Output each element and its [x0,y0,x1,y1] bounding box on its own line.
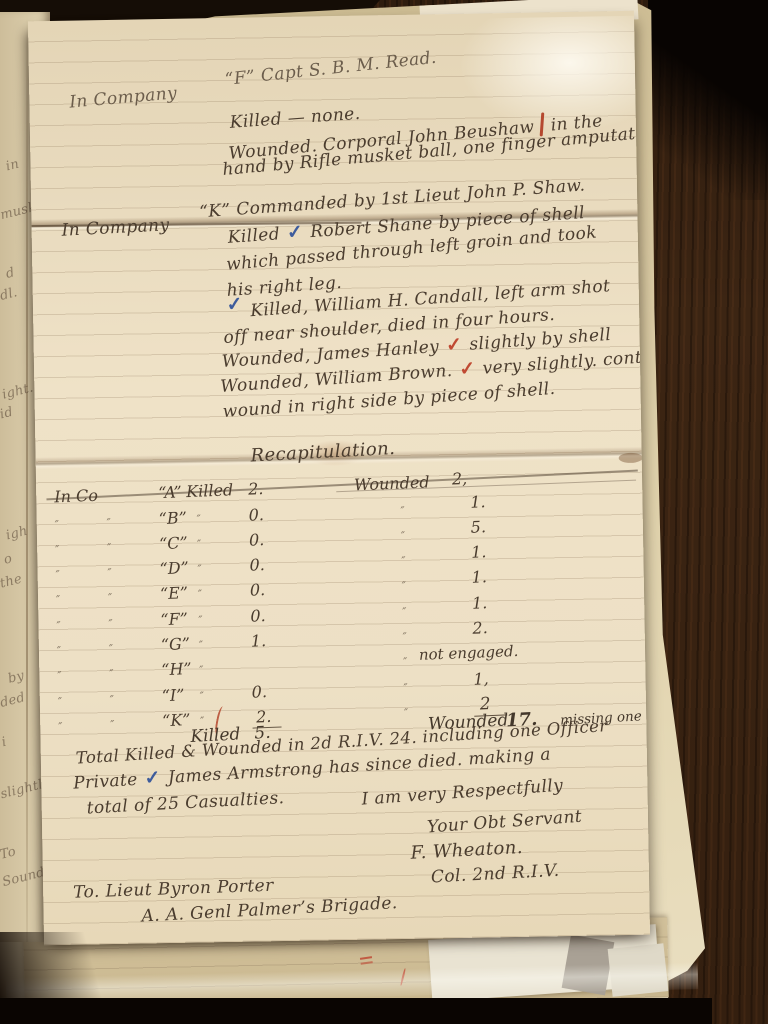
company-letter: “E” [160,583,189,603]
company-letter: “C” [159,533,188,553]
ditto-mark: ″ [401,529,406,542]
killed-value: 2. [248,479,264,499]
killed-label: Killed [186,480,234,501]
ditto-mark: ″ [107,566,112,579]
desk-shadow-top-right [648,0,768,200]
margin-fragment: in [4,157,20,175]
ditto-mark: ″ [110,718,115,731]
blue-check-icon: ✓ [144,768,161,788]
company-letter: “F” [160,609,188,629]
ditto-mark: ″ [401,554,406,567]
ditto-mark: ″ [109,642,114,655]
wounded-note: not engaged. [419,642,519,664]
ditto-mark: ″ [403,655,408,668]
ditto-mark: ″ [56,593,61,606]
ditto-mark: ″ [199,639,204,652]
company-letter: “D” [159,558,189,578]
margin-fragment: the [0,572,24,592]
ditto-mark: ″ [57,644,62,657]
ditto-mark: ″ [200,690,205,703]
handwriting-text: Private [73,770,139,794]
killed-value: 0. [250,606,266,626]
margin-fragment: ded [0,690,27,711]
killed-value: 0. [249,530,265,550]
ditto-mark: ″ [55,568,60,581]
killed-value: 1. [250,631,266,651]
wounded-value: 5. [470,517,486,537]
ditto-mark: ″ [402,605,407,618]
wounded-label: Wounded [354,472,430,494]
wounded-value: 1. [472,593,488,613]
ditto-mark: ″ [402,630,407,643]
company-letter: “H” [161,659,192,679]
killed-value: 0. [250,580,266,600]
ditto-mark: ″ [55,518,60,531]
ditto-mark: ″ [55,543,60,556]
company-letter: “A” [158,482,182,502]
ditto-mark: ″ [196,513,201,526]
blue-check-icon: ✓ [226,295,244,315]
ditto-mark: ″ [58,720,63,733]
margin-fragment: id [0,405,15,423]
fold-crease [26,12,28,942]
margin-fragment: by [6,668,25,686]
company-letter: “I” [161,685,184,705]
wounded-value: 1. [470,492,486,512]
ditto-mark: ″ [110,693,115,706]
margin-fragment: To [0,844,18,862]
margin-fragment: dl. [0,285,19,304]
shadow-bottom-strip [0,998,712,1024]
row-prefix: In Co [54,486,98,507]
killed-value: 0. [248,505,264,525]
ditto-mark: ″ [108,617,113,630]
ditto-mark: ″ [108,591,113,604]
killed-value: 0. [251,682,267,702]
photo-of-document: { "photo": { "description": "Handwritten… [0,0,768,1024]
wounded-value: 1. [471,567,487,587]
ditto-mark: ″ [402,579,407,592]
ditto-mark: ″ [107,516,112,529]
company-letter: “B” [158,508,187,528]
company-letter: “G” [160,634,190,654]
ditto-mark: ″ [56,619,61,632]
margin-fragment: d [4,265,16,282]
margin-fragment: o [2,551,14,568]
ditto-mark: ″ [197,538,202,551]
margin-fragment: i [0,735,8,751]
manuscript-page: In Company “F” Capt S. B. M. Read. Kille… [28,11,650,945]
red-check-icon: ✓ [445,335,463,355]
ditto-mark: ″ [198,588,203,601]
ditto-mark: ″ [198,614,203,627]
ditto-mark: ″ [197,563,202,576]
blue-check-icon: ✓ [286,223,304,243]
margin-fragment: ight. [1,380,35,402]
killed-value: 0. [249,555,265,575]
margin-fragment: Sound [1,865,47,890]
ditto-mark: ″ [403,681,408,694]
wounded-value: 1, [473,669,489,689]
wounded-value: 1. [471,542,487,562]
ditto-mark: ″ [400,504,405,517]
ditto-mark: ″ [58,695,63,708]
handwriting-text: Killed [227,224,281,248]
ditto-mark: ″ [57,669,62,682]
wounded-value: 2. [472,618,488,638]
wounded-value: 2, [452,469,468,489]
red-check-icon: ✓ [459,359,477,379]
ditto-mark: ″ [109,667,114,680]
ditto-mark: ″ [107,541,112,554]
ditto-mark: ″ [199,664,204,677]
